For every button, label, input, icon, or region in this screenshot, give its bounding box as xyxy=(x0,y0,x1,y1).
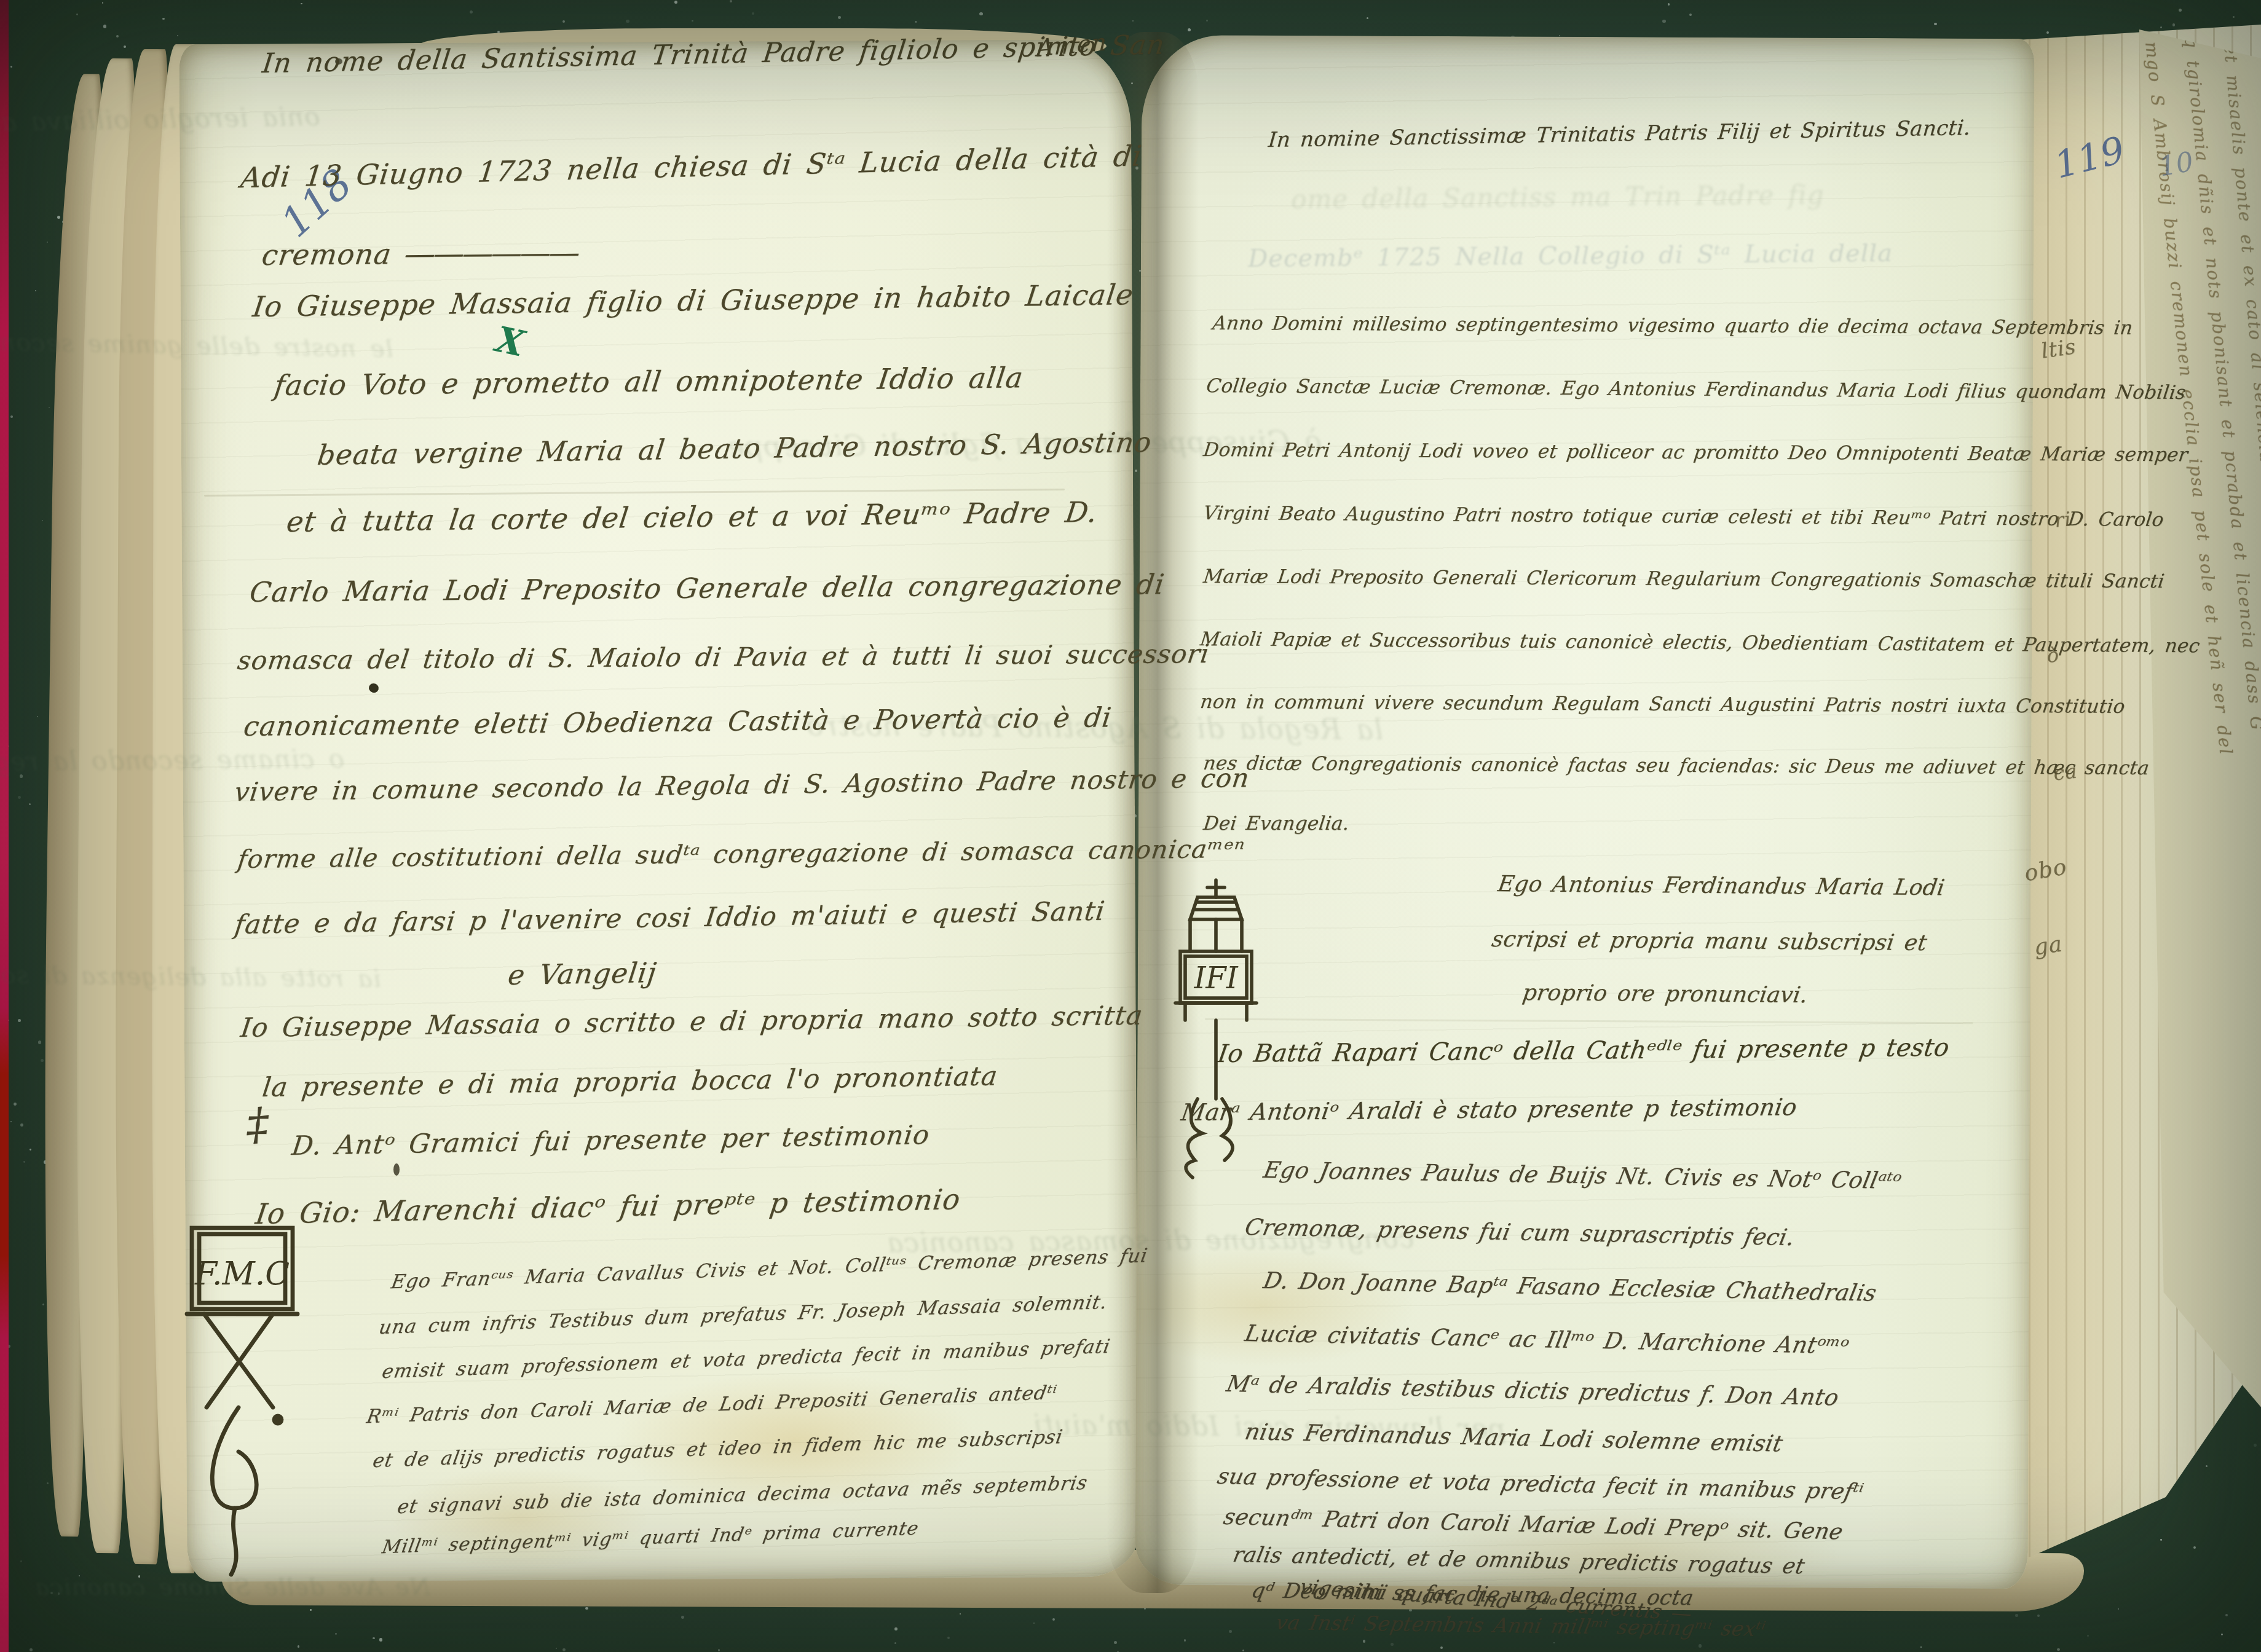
witness-cross-mark: ‡ xyxy=(245,1097,271,1150)
felt-speckle xyxy=(2254,1444,2257,1447)
felt-speckle xyxy=(2193,1546,2196,1549)
felt-speckle xyxy=(2179,9,2182,12)
felt-speckle xyxy=(2160,1539,2162,1541)
felt-speckle xyxy=(2221,1634,2223,1635)
felt-speckle xyxy=(2015,1614,2018,1616)
felt-speckle xyxy=(116,35,119,38)
felt-speckle xyxy=(47,1482,49,1484)
witness-line: Marᵃ Antoniᵒ Araldi è stato presente p t… xyxy=(1179,1093,1799,1126)
edge-fragment: ltis xyxy=(2040,334,2078,364)
felt-speckle xyxy=(1934,23,1936,25)
felt-speckle xyxy=(14,1103,17,1106)
ink-blotch xyxy=(393,1163,400,1176)
felt-speckle xyxy=(37,716,38,717)
felt-speckle xyxy=(1033,1622,1035,1624)
felt-speckle xyxy=(76,14,78,15)
felt-speckle xyxy=(894,1642,896,1644)
felt-speckle xyxy=(1553,1642,1555,1643)
felt-speckle xyxy=(1184,1639,1186,1642)
felt-speckle xyxy=(1668,3,1670,5)
felt-speckle xyxy=(1132,20,1134,22)
notary-sign-tabernacle: IFI xyxy=(1161,878,1271,1185)
felt-speckle xyxy=(718,1649,720,1651)
felt-speckle xyxy=(960,1613,961,1615)
felt-speckle xyxy=(894,1627,897,1630)
felt-speckle xyxy=(373,1637,375,1640)
felt-speckle xyxy=(2206,1465,2208,1467)
felt-speckle xyxy=(2118,1608,2119,1610)
felt-speckle xyxy=(1188,28,1191,31)
bleedthrough-line: o ciname secondo la regola amada xyxy=(0,744,344,778)
felt-speckle xyxy=(18,796,21,799)
felt-speckle xyxy=(2057,1648,2059,1651)
felt-speckle xyxy=(335,1633,337,1635)
felt-speckle xyxy=(1229,1630,1232,1633)
felt-speckle xyxy=(20,1123,23,1127)
felt-speckle xyxy=(947,1637,950,1639)
edge-fragment: ga xyxy=(2032,932,2064,961)
felt-speckle xyxy=(30,1648,33,1651)
felt-speckle xyxy=(18,1019,21,1022)
felt-speckle xyxy=(35,290,36,291)
svg-text:IFI: IFI xyxy=(1193,961,1238,996)
felt-speckle xyxy=(103,25,106,28)
felt-speckle xyxy=(1440,1646,1443,1649)
felt-speckle xyxy=(41,1059,44,1062)
bleedthrough-line: ia rotte alla deligenza di somasca xyxy=(0,960,381,993)
felt-speckle xyxy=(1409,1609,1412,1612)
felt-speckle xyxy=(301,3,302,4)
felt-speckle xyxy=(379,1638,382,1641)
felt-speckle xyxy=(42,520,43,521)
edge-fragment: ca xyxy=(2052,759,2078,785)
felt-speckle xyxy=(310,1609,312,1611)
felt-speckle xyxy=(23,1161,25,1163)
manuscript-line: cremona ―――――― xyxy=(260,235,582,272)
felt-speckle xyxy=(10,415,13,418)
felt-speckle xyxy=(49,407,50,408)
bleedthrough-line: ome della Sanctiss ma Trin Padre fig xyxy=(1291,179,1825,214)
felt-speckle xyxy=(915,21,917,22)
felt-speckle xyxy=(2172,23,2175,26)
felt-speckle xyxy=(1206,20,1207,21)
felt-speckle xyxy=(979,12,982,15)
manuscript-line: e Vangelij xyxy=(506,956,658,991)
felt-speckle xyxy=(57,216,60,219)
felt-speckle xyxy=(752,12,754,15)
svg-text:F.M.C: F.M.C xyxy=(194,1256,290,1292)
felt-speckle xyxy=(38,1040,41,1044)
felt-speckle xyxy=(177,35,178,36)
felt-speckle xyxy=(1052,1618,1055,1621)
felt-speckle xyxy=(10,66,12,67)
manuscript-line: Dei Evangelia. xyxy=(1202,812,1351,835)
felt-speckle xyxy=(626,20,629,23)
felt-speckle xyxy=(1242,1650,1244,1651)
felt-speckle xyxy=(2225,1614,2228,1616)
felt-speckle xyxy=(20,1560,22,1562)
felt-speckle xyxy=(9,1020,10,1021)
felt-speckle xyxy=(730,0,732,2)
felt-speckle xyxy=(470,10,473,14)
felt-speckle xyxy=(1920,1646,1922,1648)
notary-monogram-fmc: F.M.C xyxy=(180,1223,315,1579)
felt-speckle xyxy=(681,1616,684,1618)
edge-fragment: ò xyxy=(2046,643,2061,667)
felt-speckle xyxy=(1363,1640,1365,1642)
felt-speckle xyxy=(2160,26,2162,28)
felt-speckle xyxy=(585,1607,588,1610)
felt-speckle xyxy=(124,45,126,48)
felt-speckle xyxy=(10,1121,12,1122)
felt-speckle xyxy=(562,20,565,23)
felt-speckle xyxy=(298,1645,300,1648)
felt-speckle xyxy=(42,1304,45,1306)
felt-speckle xyxy=(1699,1644,1702,1647)
felt-speckle xyxy=(2087,1635,2089,1637)
felt-speckle xyxy=(162,18,164,20)
folio-number-next-edge: 10 xyxy=(2156,146,2196,183)
color-calibration-strip xyxy=(0,0,9,1652)
subscription-line: scripsi et propria manu subscripsi et xyxy=(1490,927,1929,956)
subscription-line: proprio ore pronunciavi. xyxy=(1521,980,1810,1008)
felt-speckle xyxy=(30,1149,31,1150)
felt-speckle xyxy=(692,20,693,22)
bleedthrough-line: Decembᵉ 1725 Nella Collegio di Sᵗᵃ Lucia… xyxy=(1248,239,1893,273)
felt-speckle xyxy=(2233,16,2235,18)
felt-speckle xyxy=(1114,1641,1117,1644)
subscription-line: Ego Antonius Ferdinandus Maria Lodi xyxy=(1496,871,1946,900)
edge-fragment: ri xyxy=(2053,507,2072,532)
felt-speckle xyxy=(1662,20,1665,23)
felt-speckle xyxy=(556,1648,557,1649)
felt-speckle xyxy=(838,16,841,19)
felt-speckle xyxy=(674,1,677,4)
felt-speckle xyxy=(562,1648,566,1651)
felt-speckle xyxy=(1689,14,1692,16)
felt-speckle xyxy=(29,803,31,805)
felt-speckle xyxy=(47,242,48,243)
felt-speckle xyxy=(2046,31,2049,34)
page-gutter-shadow xyxy=(1107,32,1199,1593)
felt-speckle xyxy=(2037,1615,2040,1617)
manuscript-photo-stage: mgo S Ambrosij buzzi cremonen ecclia ips… xyxy=(0,0,2261,1652)
felt-speckle xyxy=(1367,17,1368,19)
felt-speckle xyxy=(1391,1643,1394,1646)
felt-speckle xyxy=(102,2,104,4)
